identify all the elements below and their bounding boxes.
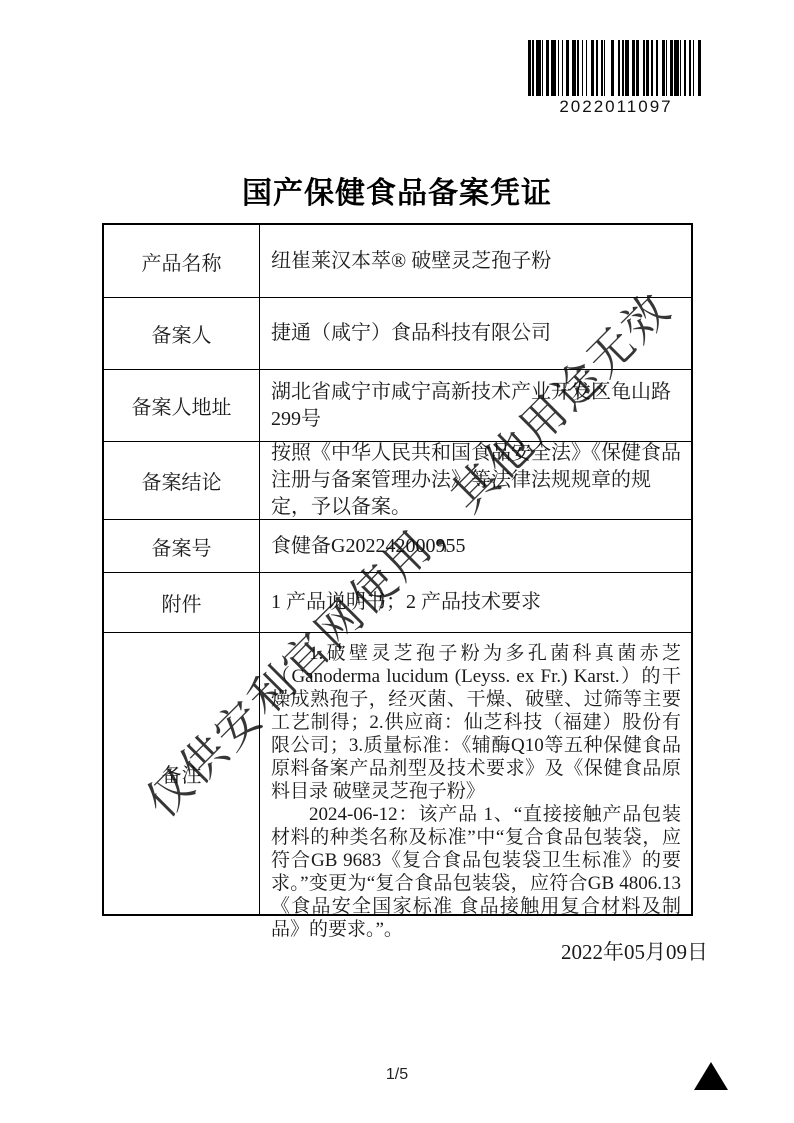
row-value: 捷通（咸宁）食品科技有限公司 — [260, 298, 691, 369]
remarks-paragraph: 1.破壁灵芝孢子粉为多孔菌科真菌赤芝（Ganoderma lucidum (Le… — [271, 642, 681, 803]
table-row-registrant: 备案人 捷通（咸宁）食品科技有限公司 — [104, 297, 691, 369]
row-value-remarks: 1.破壁灵芝孢子粉为多孔菌科真菌赤芝（Ganoderma lucidum (Le… — [260, 633, 691, 914]
row-label: 产品名称 — [104, 225, 260, 297]
issue-date: 2022年05月09日 — [561, 936, 708, 966]
page-number: 1/5 — [0, 1066, 794, 1084]
row-value: 湖北省咸宁市咸宁高新技术产业开发区龟山路299号 — [260, 370, 691, 441]
page-title: 国产保健食品备案凭证 — [0, 168, 794, 212]
certificate-page: 2022011097 国产保健食品备案凭证 产品名称 纽崔莱汉本萃® 破壁灵芝孢… — [0, 0, 794, 1123]
row-value: 食健备G202242000955 — [260, 520, 691, 572]
row-value: 1 产品说明书；2 产品技术要求 — [260, 573, 691, 632]
row-label: 备案人地址 — [104, 370, 260, 441]
row-label: 备案人 — [104, 298, 260, 369]
table-row-registrant-address: 备案人地址 湖北省咸宁市咸宁高新技术产业开发区龟山路299号 — [104, 369, 691, 441]
table-row-attachments: 附件 1 产品说明书；2 产品技术要求 — [104, 572, 691, 632]
row-label: 备案号 — [104, 520, 260, 572]
certificate-table: 产品名称 纽崔莱汉本萃® 破壁灵芝孢子粉 备案人 捷通（咸宁）食品科技有限公司 … — [102, 223, 693, 916]
row-label: 附件 — [104, 573, 260, 632]
barcode-block: 2022011097 — [528, 40, 704, 117]
remarks-paragraph: 2024-06-12：该产品 1、“直接接触产品包装材料的种类名称及标准”中“复… — [271, 803, 681, 941]
table-row-product-name: 产品名称 纽崔莱汉本萃® 破壁灵芝孢子粉 — [104, 225, 691, 297]
row-label: 备注 — [104, 633, 260, 914]
table-row-filing-number: 备案号 食健备G202242000955 — [104, 519, 691, 572]
barcode-image — [528, 40, 704, 96]
row-label: 备案结论 — [104, 442, 260, 519]
barcode-number: 2022011097 — [528, 97, 704, 117]
row-value: 纽崔莱汉本萃® 破壁灵芝孢子粉 — [260, 225, 691, 297]
row-value: 按照《中华人民共和国食品安全法》《保健食品注册与备案管理办法》等法律法规规章的规… — [260, 442, 691, 519]
table-row-filing-conclusion: 备案结论 按照《中华人民共和国食品安全法》《保健食品注册与备案管理办法》等法律法… — [104, 441, 691, 519]
table-row-remarks: 备注 1.破壁灵芝孢子粉为多孔菌科真菌赤芝（Ganoderma lucidum … — [104, 632, 691, 914]
corner-triangle-icon — [694, 1062, 728, 1090]
